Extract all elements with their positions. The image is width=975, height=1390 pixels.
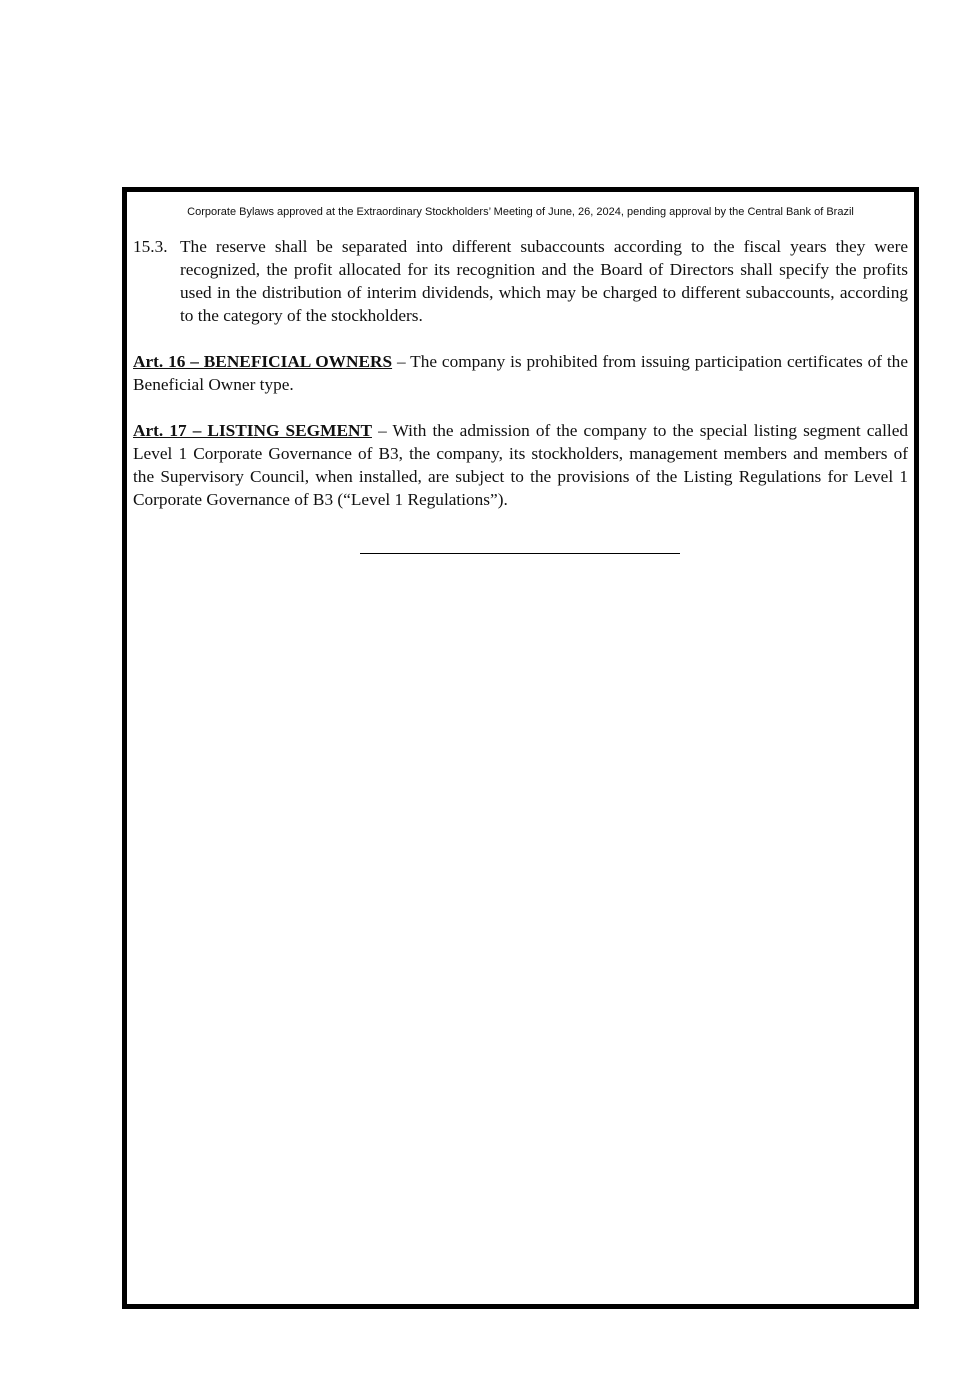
document-body: 15.3. The reserve shall be separated int… xyxy=(133,235,908,511)
clause-text: The reserve shall be separated into diff… xyxy=(180,235,908,327)
article-16: Art. 16 – BENEFICIAL OWNERS – The compan… xyxy=(133,350,908,396)
article-17: Art. 17 – LISTING SEGMENT – With the adm… xyxy=(133,419,908,511)
clause-number: 15.3. xyxy=(133,235,180,327)
page-border: Corporate Bylaws approved at the Extraor… xyxy=(122,187,919,1309)
clause-15-3: 15.3. The reserve shall be separated int… xyxy=(133,235,908,327)
end-separator-line xyxy=(360,553,680,554)
article-16-heading: Art. 16 – BENEFICIAL OWNERS xyxy=(133,352,392,371)
running-header: Corporate Bylaws approved at the Extraor… xyxy=(127,206,914,218)
article-17-heading: Art. 17 – LISTING SEGMENT xyxy=(133,421,372,440)
